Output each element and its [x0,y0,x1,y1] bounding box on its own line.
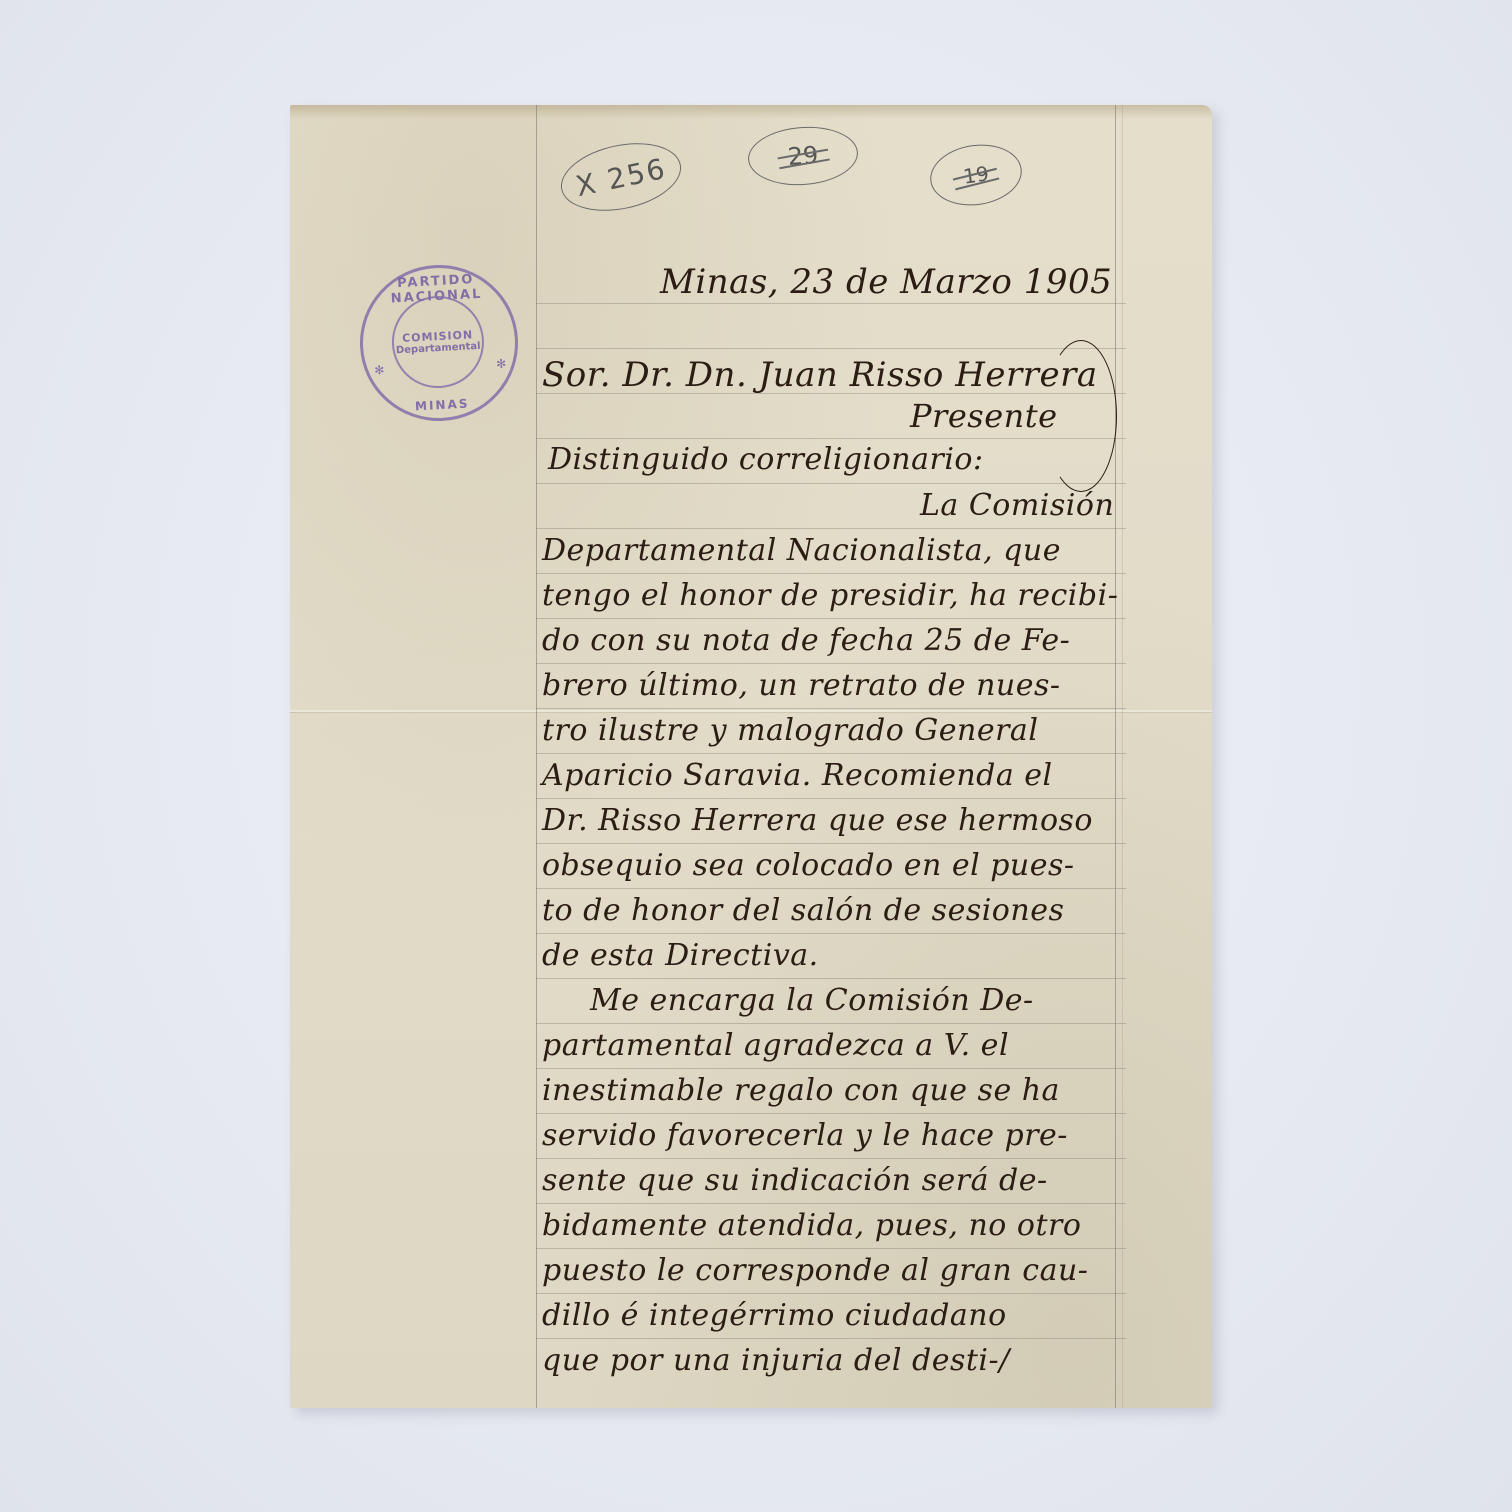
letter-line: tro ilustre y malogrado General [542,716,1038,746]
ruled-line [536,1068,1126,1069]
ruled-line [536,933,1126,934]
ruled-line [536,753,1126,754]
ruled-line [536,528,1126,529]
letter-line: bidamente atendida, pues, no otro [542,1211,1081,1241]
letter-line: sente que su indicación será de- [542,1166,1048,1196]
stamp-star-icon: ✻ [374,363,385,378]
letter-line: partamental agradezca a V. el [542,1031,1009,1061]
archive-number-mark: X 256 [555,133,688,221]
paper-fold-crease [290,710,1212,712]
stamp-star-icon: ✻ [496,357,507,372]
letter-line: Me encarga la Comisión De- [590,986,1034,1016]
letter-line: dillo é integérrimo ciudadano [542,1301,1007,1331]
letter-line: Departamental Nacionalista, que [542,536,1061,566]
letter-line: de esta Directiva. [542,941,819,971]
ruled-line [536,618,1126,619]
ruled-line [536,1023,1126,1024]
ruled-line [536,1293,1126,1294]
letter-line: inestimable regalo con que se ha [542,1076,1060,1106]
ruled-line [536,1338,1126,1339]
ruled-line [536,573,1126,574]
struck-archive-text: 29 [787,141,819,171]
ruled-line [536,663,1126,664]
ruled-line [536,798,1126,799]
ruled-line [536,303,1126,304]
struck-archive-mark: 19 [926,139,1025,211]
struck-archive-text: 19 [962,161,991,188]
stamp-bottom-text: MINAS [366,394,519,416]
letter-line: La Comisión [920,491,1114,521]
addressee: Sor. Dr. Dn. Juan Risso Herrera [542,358,1098,392]
letter-line: que por una injuria del desti-/ [542,1346,1010,1376]
ruled-line [536,888,1126,889]
letter-line: servido favorecerla y le hace pre- [542,1121,1068,1151]
place-date: Minas, 23 de Marzo 1905 [660,265,1112,299]
presente: Presente [910,400,1058,432]
ruled-line [536,348,1126,349]
letter-line: obsequio sea colocado en el pues- [542,851,1075,881]
signature-flourish [1045,340,1117,492]
ruled-line [536,1203,1126,1204]
letter-line: tengo el honor de presidir, ha recibi- [542,581,1118,611]
letter-line: brero último, un retrato de nues- [542,671,1061,701]
ruled-line [536,483,1126,484]
ruled-line [536,1158,1126,1159]
archive-number-text: X 256 [573,151,669,202]
right-margin-line [1115,105,1116,1408]
ruled-line [536,843,1126,844]
ruled-line [536,438,1126,439]
letter-line: to de honor del salón de sesiones [542,896,1064,926]
letter-line: do con su nota de fecha 25 de Fe- [542,626,1070,656]
ruled-line [536,1113,1126,1114]
left-margin-line [536,105,537,1408]
stamp-inner-circle: COMISION Departamental [390,294,487,391]
letter-line: Aparicio Saravia. Recomienda el [542,761,1053,791]
struck-archive-mark: 29 [746,123,860,189]
letter-line: Dr. Risso Herrera que ese hermoso [542,806,1093,836]
ruled-line [536,1248,1126,1249]
letter-sheet: X 256 29 19 PARTIDO NACIONAL ✻ ✻ COMISIO… [290,105,1212,1408]
letter-line: puesto le corresponde al gran cau- [542,1256,1088,1286]
party-stamp: PARTIDO NACIONAL ✻ ✻ COMISION Departamen… [356,261,522,425]
ruled-line [536,978,1126,979]
right-margin-line-faint [1122,105,1123,1408]
ruled-line [536,708,1126,709]
salutation: Distinguido correligionario: [548,445,984,475]
